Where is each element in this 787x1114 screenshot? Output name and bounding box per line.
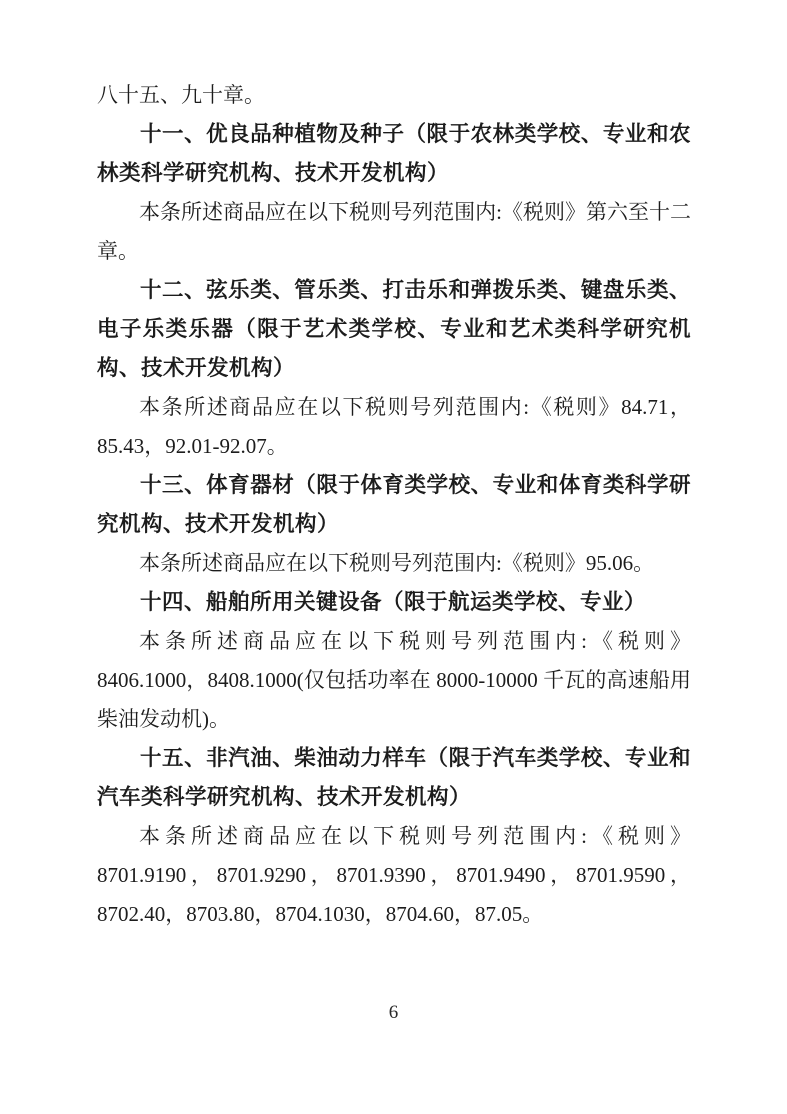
document-page: 八十五、九十章。 十一、优良品种植物及种子（限于农林类学校、专业和农林类科学研究…	[0, 0, 787, 1114]
section-body-11: 本条所述商品应在以下税则号列范围内:《税则》第六至十二章。	[97, 193, 691, 271]
section-body-12: 本条所述商品应在以下税则号列范围内:《税则》84.71，85.43，92.01-…	[97, 388, 691, 466]
section-heading-15: 十五、非汽油、柴油动力样车（限于汽车类学校、专业和汽车类科学研究机构、技术开发机…	[97, 739, 691, 817]
section-heading-12: 十二、弦乐类、管乐类、打击乐和弹拨乐类、键盘乐类、电子乐类乐器（限于艺术类学校、…	[97, 271, 691, 388]
section-body-14: 本条所述商品应在以下税则号列范围内:《税则》8406.1000，8408.100…	[97, 622, 691, 739]
section-body-15: 本条所述商品应在以下税则号列范围内:《税则》8701.9190，8701.929…	[97, 817, 691, 934]
section-heading-14: 十四、船舶所用关键设备（限于航运类学校、专业）	[97, 583, 691, 622]
section-heading-11: 十一、优良品种植物及种子（限于农林类学校、专业和农林类科学研究机构、技术开发机构…	[97, 115, 691, 193]
section-heading-13: 十三、体育器材（限于体育类学校、专业和体育类科学研究机构、技术开发机构）	[97, 466, 691, 544]
document-body: 八十五、九十章。 十一、优良品种植物及种子（限于农林类学校、专业和农林类科学研究…	[97, 76, 691, 934]
page-number: 6	[0, 1001, 787, 1025]
section-body-13: 本条所述商品应在以下税则号列范围内:《税则》95.06。	[97, 544, 691, 583]
paragraph-continuation: 八十五、九十章。	[97, 76, 691, 115]
